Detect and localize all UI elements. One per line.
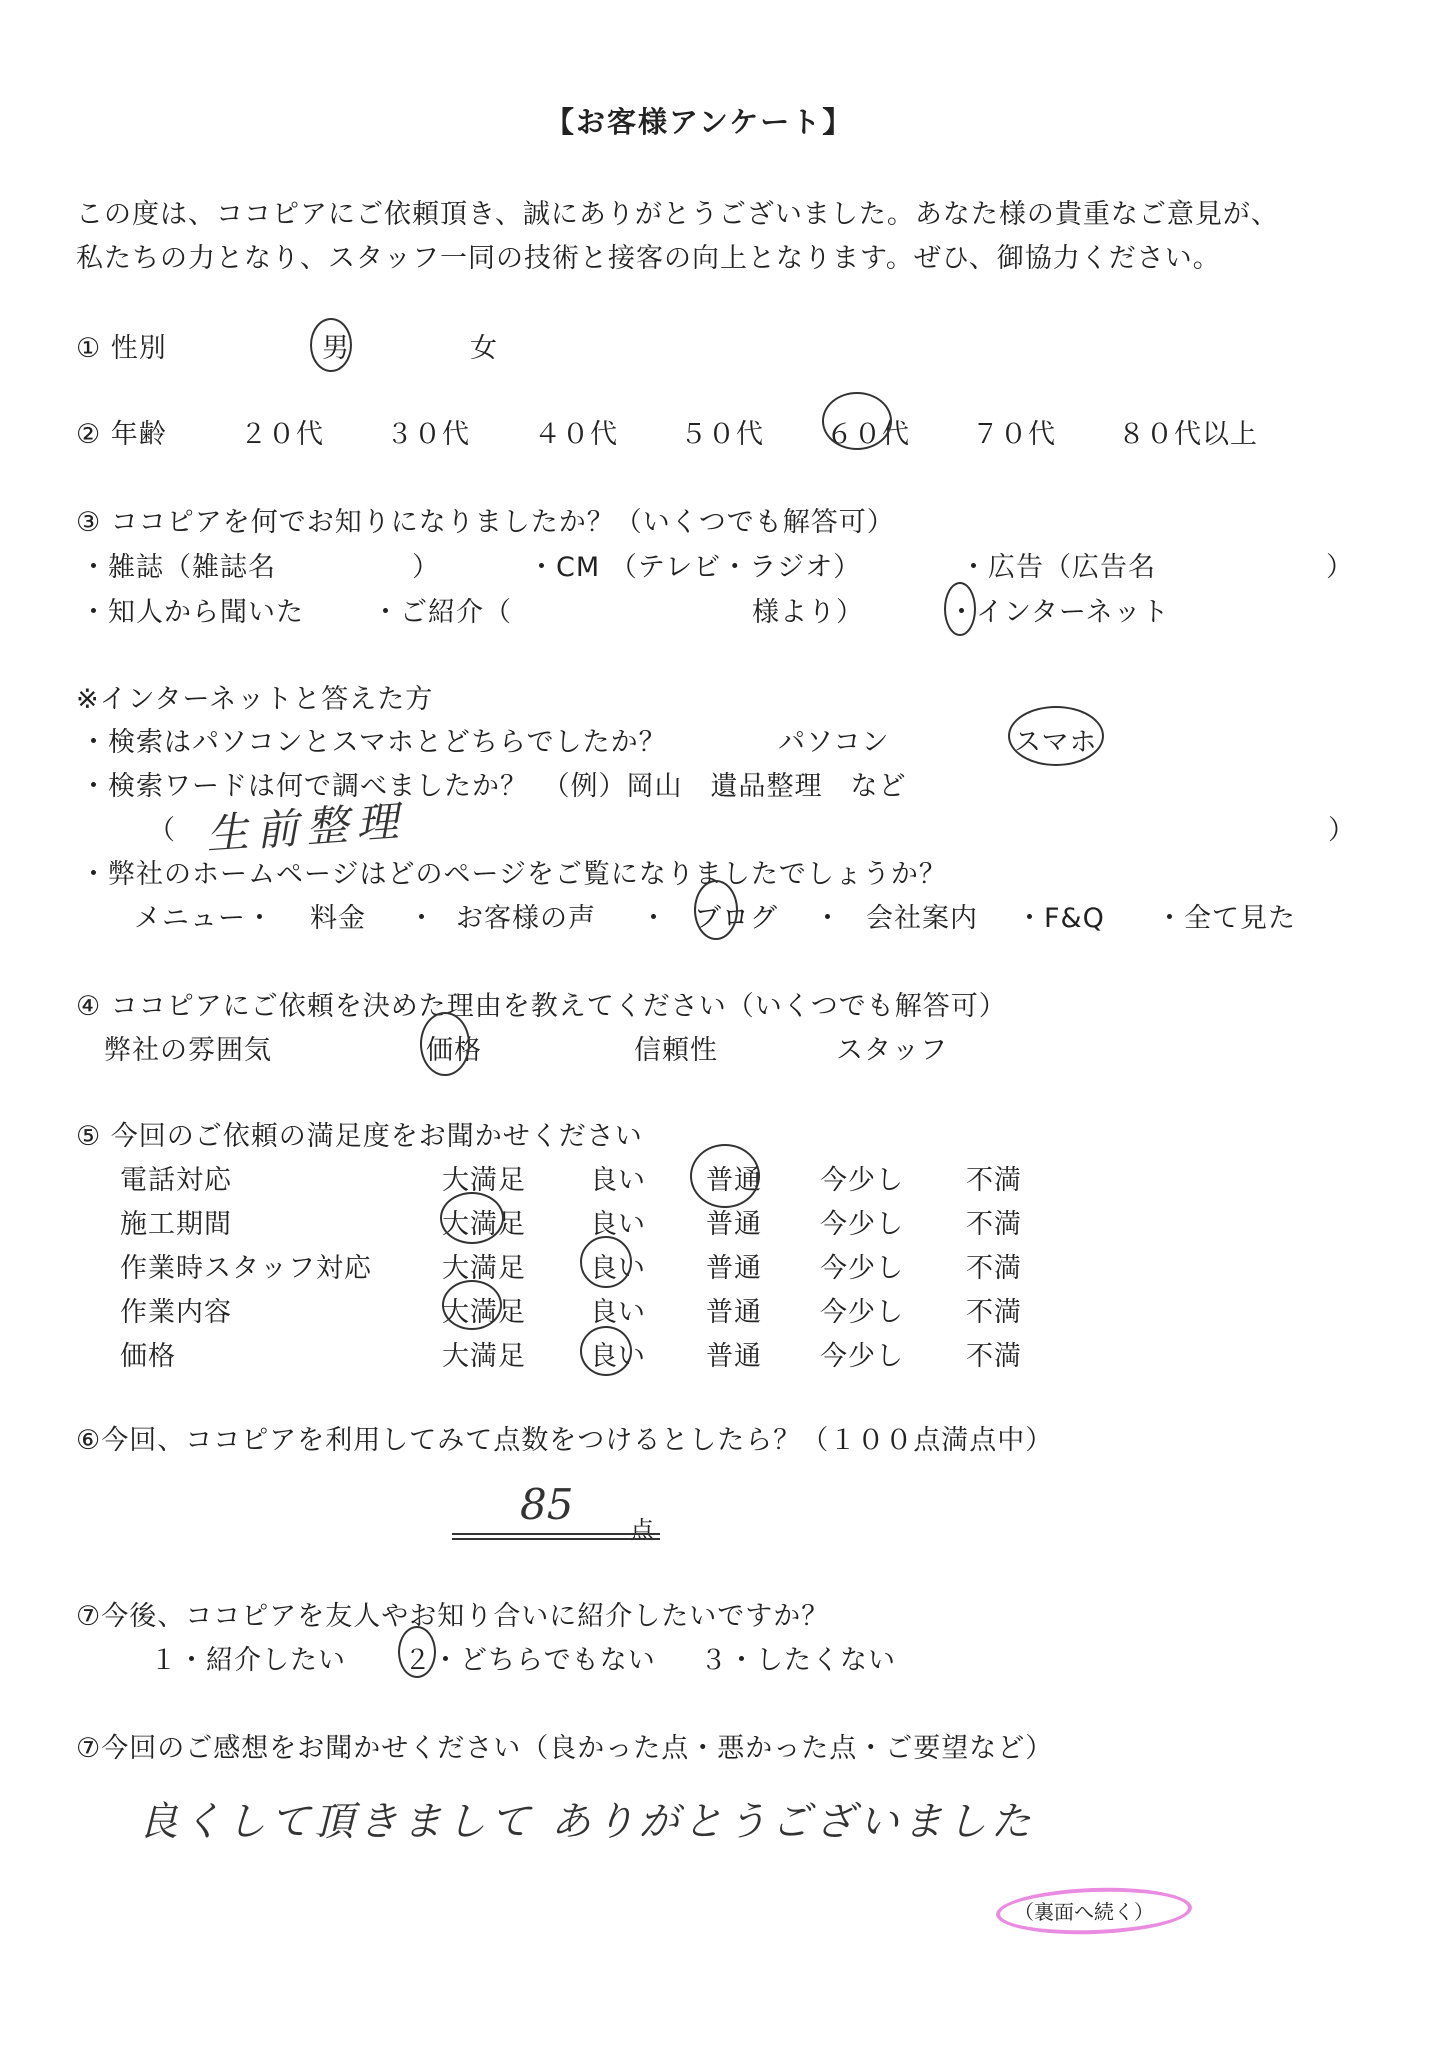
q2-option-30s[interactable]: ３０代 bbox=[386, 412, 470, 451]
q7-label: ⑦今後、ココピアを友人やお知り合いに紹介したいですか？ bbox=[76, 1594, 829, 1633]
q5-row-item: 価格 bbox=[120, 1334, 176, 1373]
survey-title: 【お客様アンケート】 bbox=[545, 100, 853, 141]
q5-option[interactable]: 今少し bbox=[820, 1334, 904, 1373]
q5-option[interactable]: 大満足 bbox=[442, 1334, 526, 1373]
keyword-open-paren: （ bbox=[148, 808, 176, 847]
q7-option-1[interactable]: １・紹介したい bbox=[150, 1638, 346, 1677]
q2-selected-circle bbox=[822, 392, 892, 450]
q2-option-20s[interactable]: ２０代 bbox=[240, 412, 324, 451]
q5-row-item: 施工期間 bbox=[120, 1202, 232, 1241]
q3-ad-close: ） bbox=[1326, 545, 1354, 584]
q3-option-acquaintance[interactable]: ・知人から聞いた bbox=[80, 590, 304, 629]
q1-selected-circle bbox=[310, 318, 352, 372]
q5-option[interactable]: 普通 bbox=[706, 1202, 762, 1241]
q5-option[interactable]: 不満 bbox=[966, 1334, 1022, 1373]
pages-selected-circle bbox=[694, 880, 738, 940]
q2-option-40s[interactable]: ４０代 bbox=[534, 412, 618, 451]
q5-row-item: 作業内容 bbox=[120, 1290, 232, 1329]
q2-option-50s[interactable]: ５０代 bbox=[680, 412, 764, 451]
q5-option[interactable]: 良い bbox=[590, 1290, 646, 1329]
pages-option-price[interactable]: 料金 bbox=[310, 896, 366, 935]
pages-option-menu[interactable]: メニュー・ bbox=[134, 896, 274, 935]
q5-row-item: 作業時スタッフ対応 bbox=[120, 1246, 372, 1285]
q1-option-female[interactable]: 女 bbox=[470, 326, 498, 365]
q5-option[interactable]: 普通 bbox=[706, 1290, 762, 1329]
q6-label: ⑥今回、ココピアを利用してみて点数をつけるとしたら？（１００点満点中） bbox=[76, 1418, 1053, 1457]
q4-selected-circle bbox=[420, 1012, 470, 1076]
q4-option-trust[interactable]: 信頼性 bbox=[634, 1028, 718, 1067]
q6-underline bbox=[452, 1533, 660, 1540]
q5-option[interactable]: 大満足 bbox=[442, 1246, 526, 1285]
pages-option-voices[interactable]: お客様の声 bbox=[456, 896, 596, 935]
q3-option-ad[interactable]: ・広告（広告名 bbox=[960, 545, 1156, 584]
pages-separator: ・ bbox=[814, 896, 842, 935]
q6-score[interactable]: 85 bbox=[520, 1480, 573, 1529]
q3-option-internet[interactable]: ・インターネット bbox=[948, 590, 1170, 629]
q3-referral-suffix: 様より） bbox=[752, 590, 864, 629]
internet-section-label: ※インターネットと答えた方 bbox=[76, 677, 433, 716]
q5-row2-selected-circle bbox=[440, 1192, 504, 1244]
q7-selected-circle bbox=[398, 1626, 436, 1678]
q5-option[interactable]: 今少し bbox=[820, 1202, 904, 1241]
q5-option[interactable]: 不満 bbox=[966, 1202, 1022, 1241]
q3-label: ③ ココピアを何でお知りになりましたか？（いくつでも解答可） bbox=[76, 500, 895, 539]
q5-option[interactable]: 不満 bbox=[966, 1246, 1022, 1285]
device-option-pc[interactable]: パソコン bbox=[778, 720, 889, 759]
device-selected-circle bbox=[1008, 706, 1104, 766]
q5-row-item: 電話対応 bbox=[120, 1158, 232, 1197]
keyword-answer[interactable]: 生前整理 bbox=[204, 788, 408, 862]
q5-row3-selected-circle bbox=[580, 1236, 632, 1288]
continue-note: （裏面へ続く） bbox=[1014, 1896, 1154, 1925]
q4-option-staff[interactable]: スタッフ bbox=[836, 1028, 948, 1067]
q5-option[interactable]: 普通 bbox=[706, 1246, 762, 1285]
q2-label: ② 年齢 bbox=[76, 412, 167, 451]
q8-answer[interactable]: 良くして頂きまして ありがとうございました bbox=[138, 1790, 1035, 1847]
q2-option-70s[interactable]: ７０代 bbox=[972, 412, 1056, 451]
q3-option-cm[interactable]: ・CM （テレビ・ラジオ） bbox=[528, 545, 861, 584]
q5-option[interactable]: 良い bbox=[590, 1158, 646, 1197]
q5-option[interactable]: 大満足 bbox=[442, 1158, 526, 1197]
q5-option[interactable]: 不満 bbox=[966, 1158, 1022, 1197]
q4-label: ④ ココピアにご依頼を決めた理由を教えてください（いくつでも解答可） bbox=[76, 984, 1007, 1023]
q4-option-atmosphere[interactable]: 弊社の雰囲気 bbox=[104, 1028, 272, 1067]
q5-option[interactable]: 今少し bbox=[820, 1246, 904, 1285]
pages-separator: ・ bbox=[640, 896, 668, 935]
q5-option[interactable]: 良い bbox=[590, 1202, 646, 1241]
q1-label: ① 性別 bbox=[76, 326, 167, 365]
q5-row1-selected-circle bbox=[690, 1144, 760, 1208]
intro-line-2: 私たちの力となり、スタッフ一同の技術と接客の向上となります。ぜひ、御協力ください… bbox=[76, 236, 1221, 275]
q5-row5-selected-circle bbox=[580, 1326, 632, 1376]
q3-magazine-close: ） bbox=[412, 545, 440, 584]
q3-option-referral[interactable]: ・ご紹介（ bbox=[372, 590, 512, 629]
q5-row4-selected-circle bbox=[442, 1280, 502, 1330]
q2-option-80s-plus[interactable]: ８０代以上 bbox=[1118, 412, 1258, 451]
q3-selected-circle bbox=[944, 582, 976, 636]
device-question: ・検索はパソコンとスマホとどちらでしたか？ bbox=[80, 720, 667, 759]
q8-label: ⑦今回のご感想をお聞かせください（良かった点・悪かった点・ご要望など） bbox=[76, 1726, 1053, 1765]
pages-option-all[interactable]: ・全て見た bbox=[1156, 896, 1296, 935]
pages-option-company[interactable]: 会社案内 bbox=[866, 896, 978, 935]
keyword-question: ・検索ワードは何で調べましたか？ （例）岡山 遺品整理 など bbox=[80, 764, 907, 803]
q5-option[interactable]: 不満 bbox=[966, 1290, 1022, 1329]
pages-separator: ・ bbox=[408, 896, 436, 935]
q5-option[interactable]: 普通 bbox=[706, 1334, 762, 1373]
pages-question: ・弊社のホームページはどのページをご覧になりましたでしょうか？ bbox=[80, 852, 947, 891]
q5-label: ⑤ 今回のご依頼の満足度をお聞かせください bbox=[76, 1114, 643, 1153]
q3-option-magazine[interactable]: ・雑誌（雑誌名 bbox=[80, 545, 276, 584]
q5-option[interactable]: 今少し bbox=[820, 1158, 904, 1197]
intro-line-1: この度は、ココピアにご依頼頂き、誠にありがとうございました。あなた様の貴重なご意… bbox=[76, 192, 1279, 231]
q5-option[interactable]: 今少し bbox=[820, 1290, 904, 1329]
q7-option-3[interactable]: ３・したくない bbox=[700, 1638, 896, 1677]
keyword-close-paren: ） bbox=[1328, 808, 1356, 847]
pages-option-faq[interactable]: ・F&Q bbox=[1016, 896, 1105, 935]
q7-option-2[interactable]: ２・どちらでもない bbox=[404, 1638, 656, 1677]
